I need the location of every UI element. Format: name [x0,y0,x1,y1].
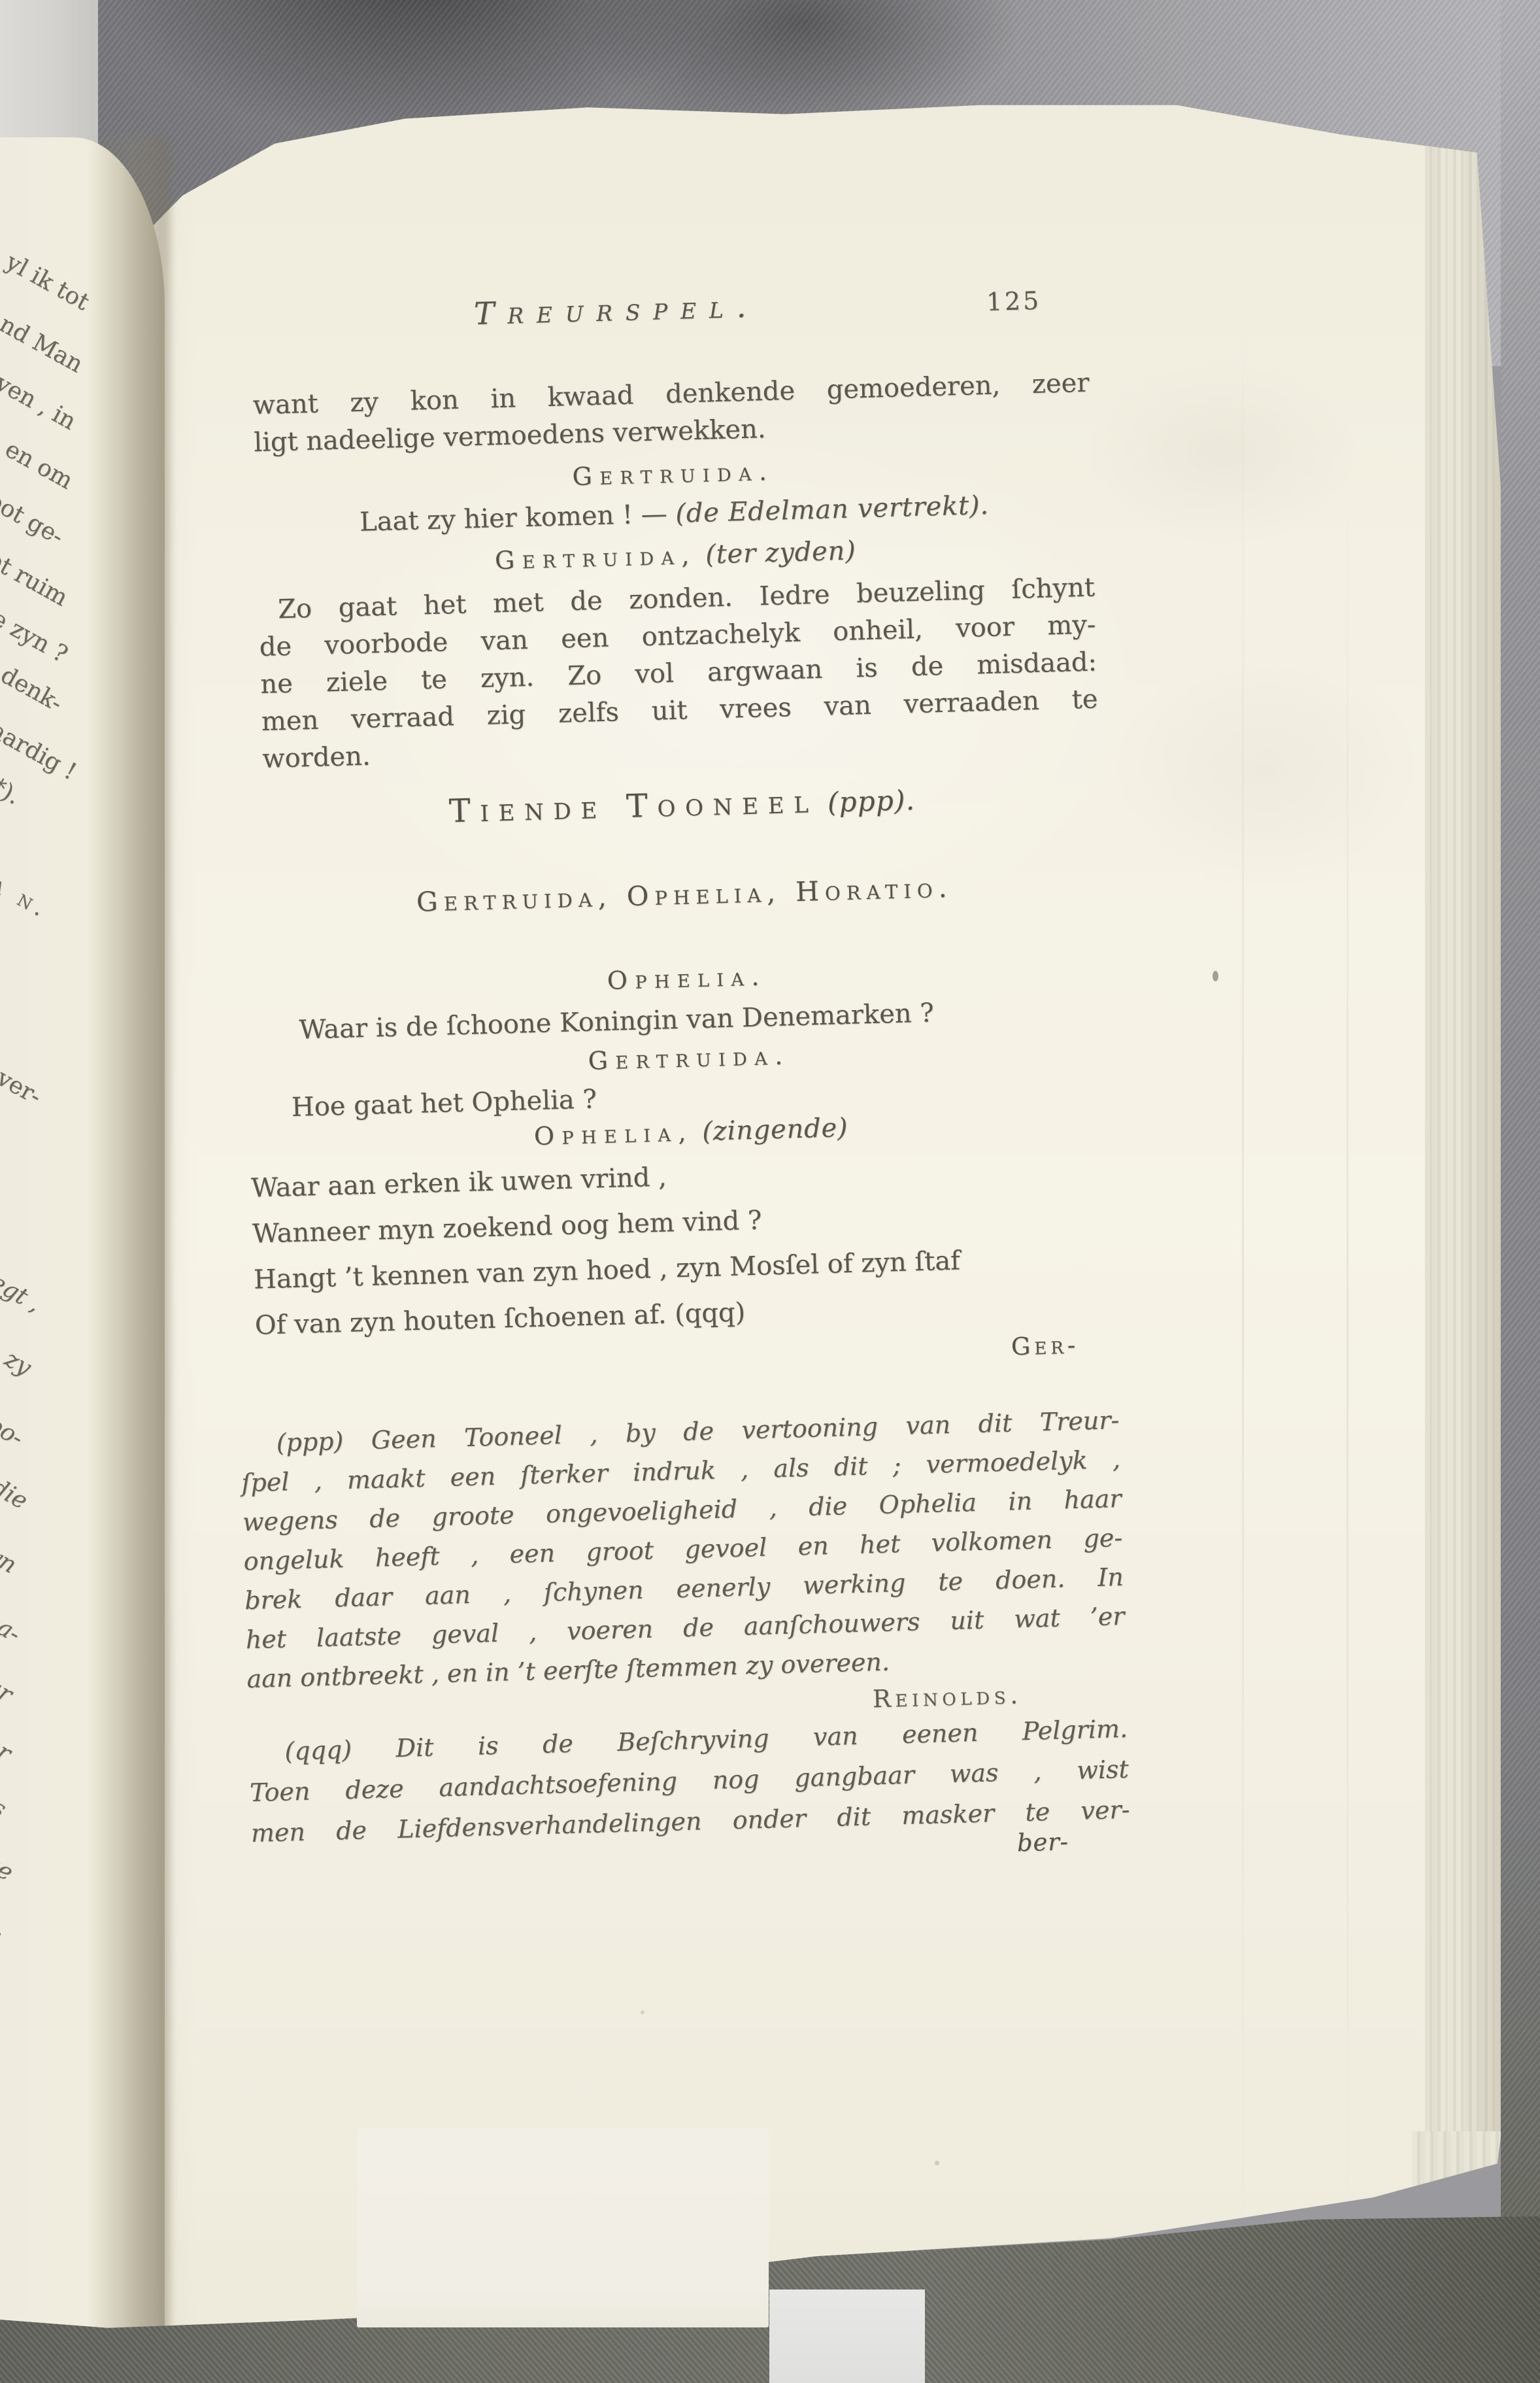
speaker-name: Ophelia, [533,1117,694,1151]
fragment-line: s [0,1967,3,1996]
song-line: Of van zyn houten ſchoenen af. (qqq) [254,1288,1092,1341]
catchword: Ger- [278,1330,1116,1381]
characters-line: Gertruida, Ophelia, Horatio. [266,868,1103,922]
fragment-line: oo- [0,1411,28,1452]
running-title: Treurspel. [198,281,1035,340]
fragment-line: ar [0,1731,16,1767]
book-photo-scene: Treurspel. 125 want zy kon in kwaad denk… [0,0,1540,2383]
fragment-line: ge [0,1849,18,1886]
fragment-line: yn [0,1542,21,1579]
printed-text-block: Treurspel. 125 want zy kon in kwaad denk… [250,280,1130,1904]
fragment-line: ls [0,1790,10,1823]
paper-patch-small [769,2290,925,2383]
fragment-line: egt , [0,1268,45,1317]
speaker-heading: Gertruida, (ter zyden) [257,530,1094,583]
dialogue-text: Laat zy hier komen ! — [360,499,676,537]
ink-speck [641,2010,644,2014]
fragment-line: e zyn ? [0,605,72,668]
fragment-line: ver- [0,1064,46,1110]
stage-direction: (ter zyden) [696,535,856,570]
fragment-line: denk- [0,662,67,717]
fragment-line: yl ik tot [1,248,93,316]
page-crease [1242,288,1244,2249]
background-fabric-right [1501,0,1540,2383]
scene-heading: Tiende Tooneel (ppp). [263,775,1101,835]
song-line: Hangt ’t kennen van zyn hoed , zyn Mosſe… [253,1242,1090,1295]
page-crease [1347,418,1348,2249]
fragment-line: ; en om [0,428,77,494]
fragment-line: oot ge- [0,487,68,550]
song-line: Waar aan erken ik uwen vrind , [251,1151,1088,1204]
book-page: Treurspel. 125 want zy kon in kwaad denk… [65,92,1530,2354]
fragment-line: zy [0,1345,35,1381]
fragment-line: *). [0,773,25,810]
fragment-line: die [0,1474,32,1515]
fragment-line: nd Man [0,311,88,378]
speaker-name: Gertruida, [494,541,697,575]
fragment-line: a n. [0,871,54,924]
fragment-line: aardig ! [0,717,81,786]
paper-patch-large [357,2129,769,2327]
page-number: 125 [986,286,1041,316]
facing-page-text-fragments: yl ik tot nd Man ven , in ; en om oot ge… [0,242,196,2020]
ink-speck [935,2161,939,2165]
fragment-line: p. [0,1908,12,1942]
page-fore-edge [1425,137,1505,2229]
fragment-line: ar [0,1672,17,1708]
scene-footnote-ref: (ppp). [818,784,916,819]
scene-title: Tiende Tooneel [448,783,818,830]
fragment-line: aa- [0,1607,25,1648]
running-head: Treurspel. 125 [250,280,1088,345]
stage-direction: (zingende) [693,1113,848,1147]
song-line: Wanneer myn zoekend oog hem vind ? [252,1196,1089,1249]
fragment-line: et ruim [0,546,73,611]
fragment-line: ven , in [0,369,80,435]
stage-direction: (de Edelman vertrekt). [675,490,990,529]
ink-speck [1213,971,1218,981]
